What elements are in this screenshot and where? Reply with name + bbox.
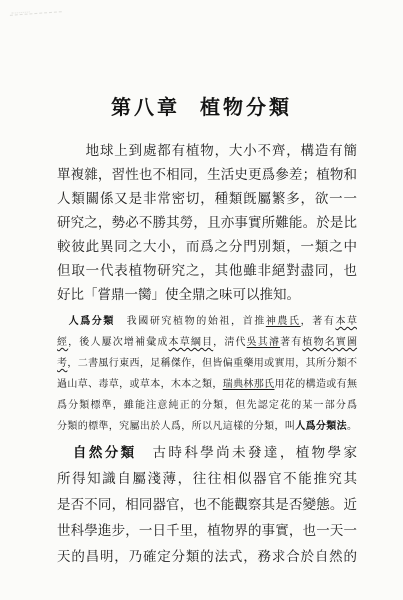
text-segment: 地球上到處都有植物，大小不齊，構造有簡 <box>57 143 357 158</box>
text-segment: 世科學進步，一日千里，植物界的事實，也一天一 <box>57 523 357 538</box>
book-title-underline: 考 <box>57 358 67 369</box>
proper-name-underline: 神農氏 <box>266 316 301 327</box>
text-segment: 較彼此異同之大小，而爲之分門別類，一類之中 <box>57 239 357 254</box>
natural-classification-paragraph: 自然分類 古時科學尚未發達，植物學家所得知識自屬淺薄，往往相似器官不能推究其是否… <box>57 440 357 570</box>
text-segment: 我國研究植物的始祖，首推 <box>115 316 266 327</box>
text-line: 所得知識自屬淺薄，往往相似器官不能推究其 <box>57 466 357 492</box>
text-segment: 。 <box>347 421 357 432</box>
text-line: 較彼此異同之大小，而爲之分門別類，一類之中 <box>57 235 357 259</box>
text-line: 分類的標準，究屬出於人爲，所以凡這樣的分類，叫人爲分類法。 <box>57 416 357 437</box>
text-segment: 天的昌明，乃確定分類的法式，務求合於自然的 <box>57 549 357 564</box>
text-line: 考，二書風行東西，足稱傑作，但皆偏重藥用或實用，其所分類不 <box>57 353 357 374</box>
book-title-underline: 本草 <box>335 316 357 327</box>
text-line: 過山草、毒草，或草本，木本之類，瑞典林那氏用花的構造或有無 <box>57 374 357 395</box>
text-segment: 研究之，勢必不勝其勞，且亦事實所難能。於是比 <box>57 215 357 230</box>
book-page: 第八章植物分類 地球上到處都有植物，大小不齊，構造有簡單複雜，習性也不相同，生活… <box>0 0 403 600</box>
text-line: 天的昌明，乃確定分類的法式，務求合於自然的 <box>57 544 357 570</box>
text-segment: ，著有 <box>301 316 336 327</box>
text-segment: 好比「嘗鼎一臠」使全鼎之味可以推知。 <box>57 287 300 302</box>
text-line: 世科學進步，一日千里，植物界的事實，也一天一 <box>57 518 357 544</box>
bold-term: 自然分類 <box>73 445 137 460</box>
text-segment: ，淸代 <box>213 337 246 348</box>
text-line: 人類關係又是非常密切，種類旣屬繁多，欲一一 <box>57 187 357 211</box>
text-line: 好比「嘗鼎一臠」使全鼎之味可以推知。 <box>57 283 357 307</box>
proper-name-underline: 瑞典林那氏 <box>223 379 275 390</box>
chapter-title: 第八章植物分類 <box>0 0 403 121</box>
text-segment: ，二書風行東西，足稱傑作，但皆偏重藥用或實用，其所分類不 <box>67 358 357 369</box>
chapter-name: 植物分類 <box>200 97 292 119</box>
text-line: 研究之，勢必不勝其勞，且亦事實所難能。於是比 <box>57 211 357 235</box>
intro-paragraph: 地球上到處都有植物，大小不齊，構造有簡單複雜，習性也不相同，生活史更爲參差；植物… <box>57 139 357 307</box>
text-segment: 用花的構造或有無 <box>275 379 357 390</box>
text-line: 地球上到處都有植物，大小不齊，構造有簡 <box>57 139 357 163</box>
book-title-underline: 經 <box>57 337 68 348</box>
book-title-underline: 本草綱目 <box>169 337 214 348</box>
artificial-classification-paragraph: 人爲分類 我國研究植物的始祖，首推神農氏，著有本草經，後人屢次增補彙成本草綱目，… <box>57 311 357 437</box>
text-segment <box>57 316 69 327</box>
bold-term: 人爲分類 <box>69 316 115 327</box>
text-segment: 但取一代表植物研究之，其他雖非絕對盡同，也 <box>57 263 357 278</box>
text-segment: 所得知識自屬淺薄，往往相似器官不能推究其 <box>57 471 357 486</box>
text-line: 是否不同，相同器官，也不能觀察其是否變態。近 <box>57 492 357 518</box>
page-body: 地球上到處都有植物，大小不齊，構造有簡單複雜，習性也不相同，生活史更爲參差；植物… <box>57 139 357 570</box>
text-line: 爲分類標準，雖能注意純正的分類，但先認定花的某一部分爲 <box>57 395 357 416</box>
chapter-number: 第八章 <box>111 97 180 119</box>
bold-term: 人爲分類法 <box>295 421 347 432</box>
proper-name-underline: 吳其濬 <box>247 337 280 348</box>
text-segment: 人類關係又是非常密切，種類旣屬繁多，欲一一 <box>57 191 357 206</box>
book-title-underline: 植物名實圖 <box>302 337 357 348</box>
text-segment: 爲分類標準，雖能注意純正的分類，但先認定花的某一部分爲 <box>57 400 357 411</box>
text-segment: 古時科學尚未發達，植物學家 <box>137 445 357 460</box>
text-segment: ，後人屢次增補彙成 <box>68 337 168 348</box>
text-line: 自然分類 古時科學尚未發達，植物學家 <box>57 440 357 466</box>
text-line: 人爲分類 我國研究植物的始祖，首推神農氏，著有本草 <box>57 311 357 332</box>
text-segment: 分類的標準，究屬出於人爲，所以凡這樣的分類，叫 <box>57 421 295 432</box>
text-segment: 著有 <box>280 337 302 348</box>
text-line: 經，後人屢次增補彙成本草綱目，淸代吳其濬著有植物名實圖 <box>57 332 357 353</box>
text-segment: 單複雜，習性也不相同，生活史更爲參差；植物和 <box>57 167 357 182</box>
text-segment: 過山草、毒草，或草本，木本之類， <box>57 379 223 390</box>
text-line: 單複雜，習性也不相同，生活史更爲參差；植物和 <box>57 163 357 187</box>
text-segment <box>57 445 73 460</box>
text-segment: 是否不同，相同器官，也不能觀察其是否變態。近 <box>57 497 357 512</box>
text-line: 但取一代表植物研究之，其他雖非絕對盡同，也 <box>57 259 357 283</box>
